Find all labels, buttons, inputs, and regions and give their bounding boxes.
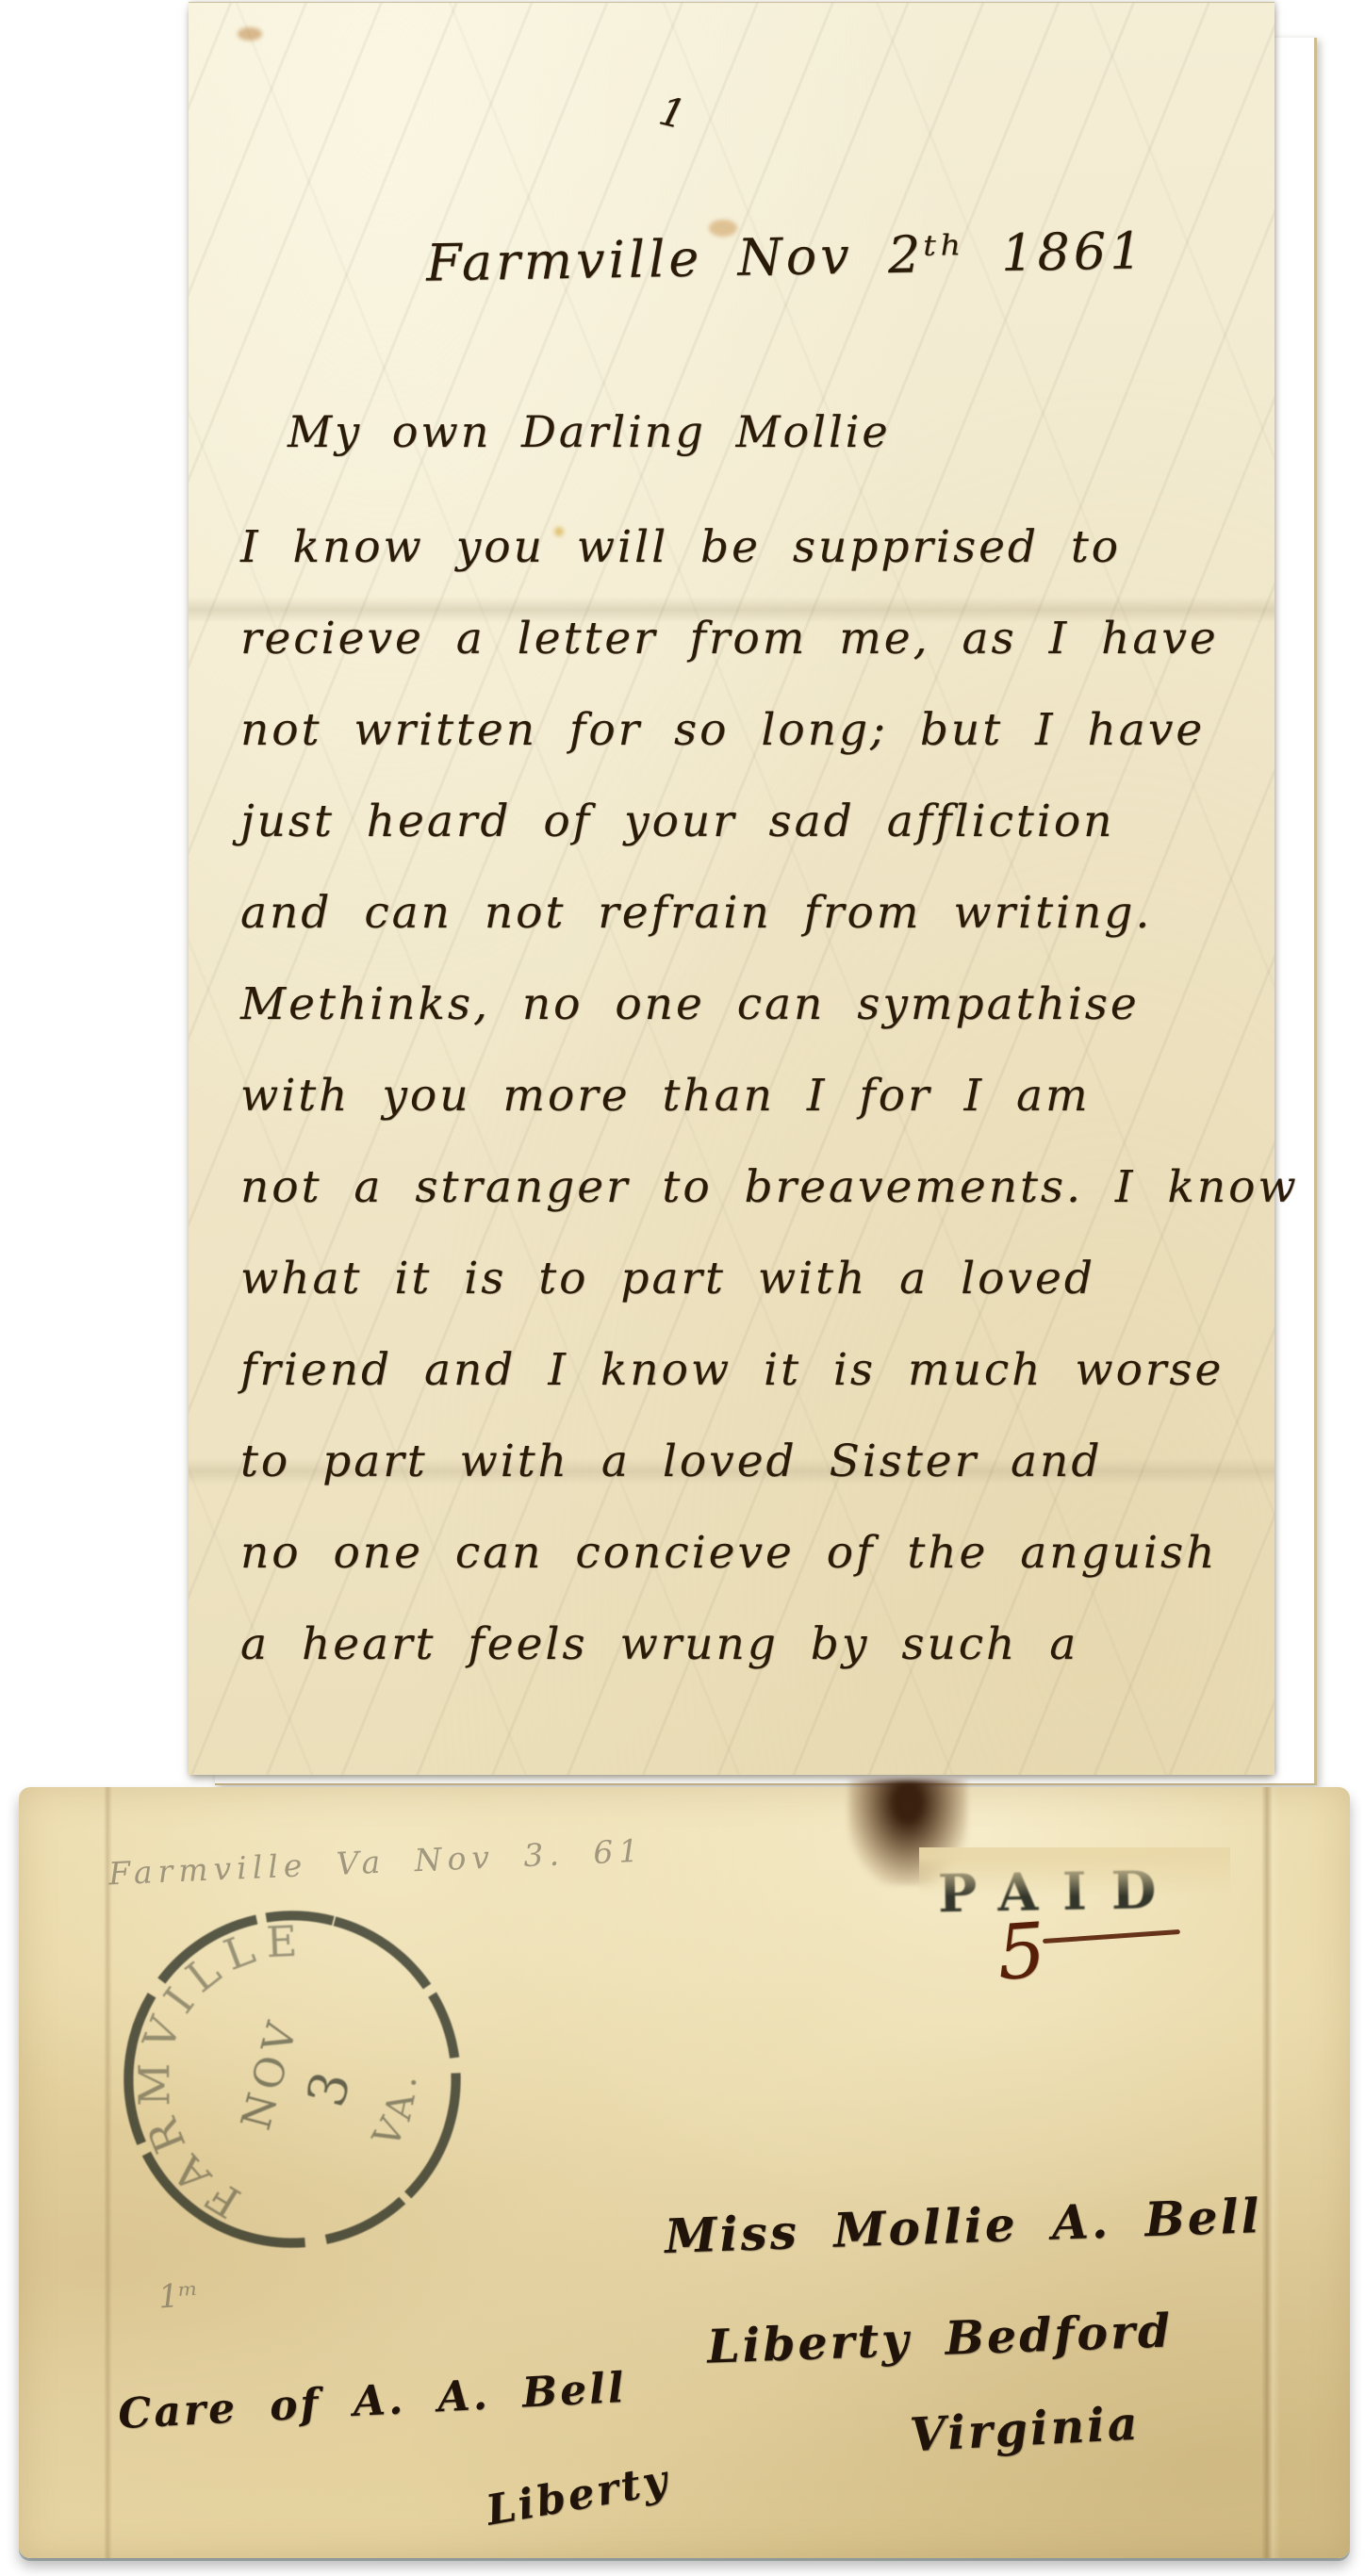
manuscript-rate-numeral: 5 [995, 1906, 1048, 1996]
letter-body-line: and can not refrain from writing. [240, 887, 1152, 939]
svg-text:VA.: VA. [362, 2059, 433, 2158]
letter-body-line: not a stranger to breavements. I know [240, 1161, 1299, 1213]
paper-stain [238, 27, 262, 41]
rate-numeral-flourish-stroke [1043, 1929, 1180, 1944]
letter-sheet: 1 Farmville Nov 2ᵗʰ 1861 My own Darling … [189, 2, 1275, 1775]
letter-body-line: no one can concieve of the anguish [240, 1527, 1217, 1579]
letter-salutation: My own Darling Mollie [288, 406, 891, 457]
letter-body-line: recieve a letter from me, as I have [240, 613, 1219, 665]
address-state: Virginia [909, 2396, 1142, 2463]
letter-body-line: to part with a loved Sister and [240, 1436, 1102, 1487]
letter-body-line: I know you will be supprised to [240, 521, 1121, 573]
paid-handstamp: PAID [937, 1859, 1181, 1924]
postmark-state-text: VA. [362, 2059, 433, 2158]
page-number-mark: 1 [654, 87, 690, 138]
letter-body-line: Methinks, no one can sympathise [240, 978, 1140, 1030]
letter-body-line: a heart feels wrung by such a [240, 1618, 1078, 1670]
postmark-day-text: 3 [296, 2065, 363, 2112]
farmville-postmark-stamp: FARMVILLE VA. NOV 3 [73, 1860, 511, 2298]
letter-body-line: friend and I know it is much worse [240, 1344, 1224, 1396]
pencil-rate-mark: 1ᵐ [157, 2276, 200, 2317]
postmark-month-text: NOV [233, 2012, 308, 2135]
address-recipient-name: Miss Mollie A. Bell [664, 2188, 1262, 2264]
address-town-county: Liberty Bedford [706, 2303, 1174, 2373]
letter-body-line: what it is to part with a loved [240, 1253, 1095, 1304]
letter-body-line: not written for so long; but I have [240, 704, 1205, 756]
letter-body-line: just heard of your sad affliction [240, 796, 1114, 847]
care-of-line: Care of A. A. Bell [117, 2364, 628, 2438]
scanned-letter-and-envelope: 1 Farmville Nov 2ᵗʰ 1861 My own Darling … [0, 0, 1365, 2576]
care-of-town: Liberty [483, 2455, 673, 2535]
letter-dateline: Farmville Nov 2ᵗʰ 1861 [426, 221, 1146, 292]
letter-body-line: with you more than I for I am [240, 1070, 1091, 1122]
envelope: Farmville Va Nov 3. 61 FARMVILLE VA. NOV… [19, 1787, 1350, 2558]
